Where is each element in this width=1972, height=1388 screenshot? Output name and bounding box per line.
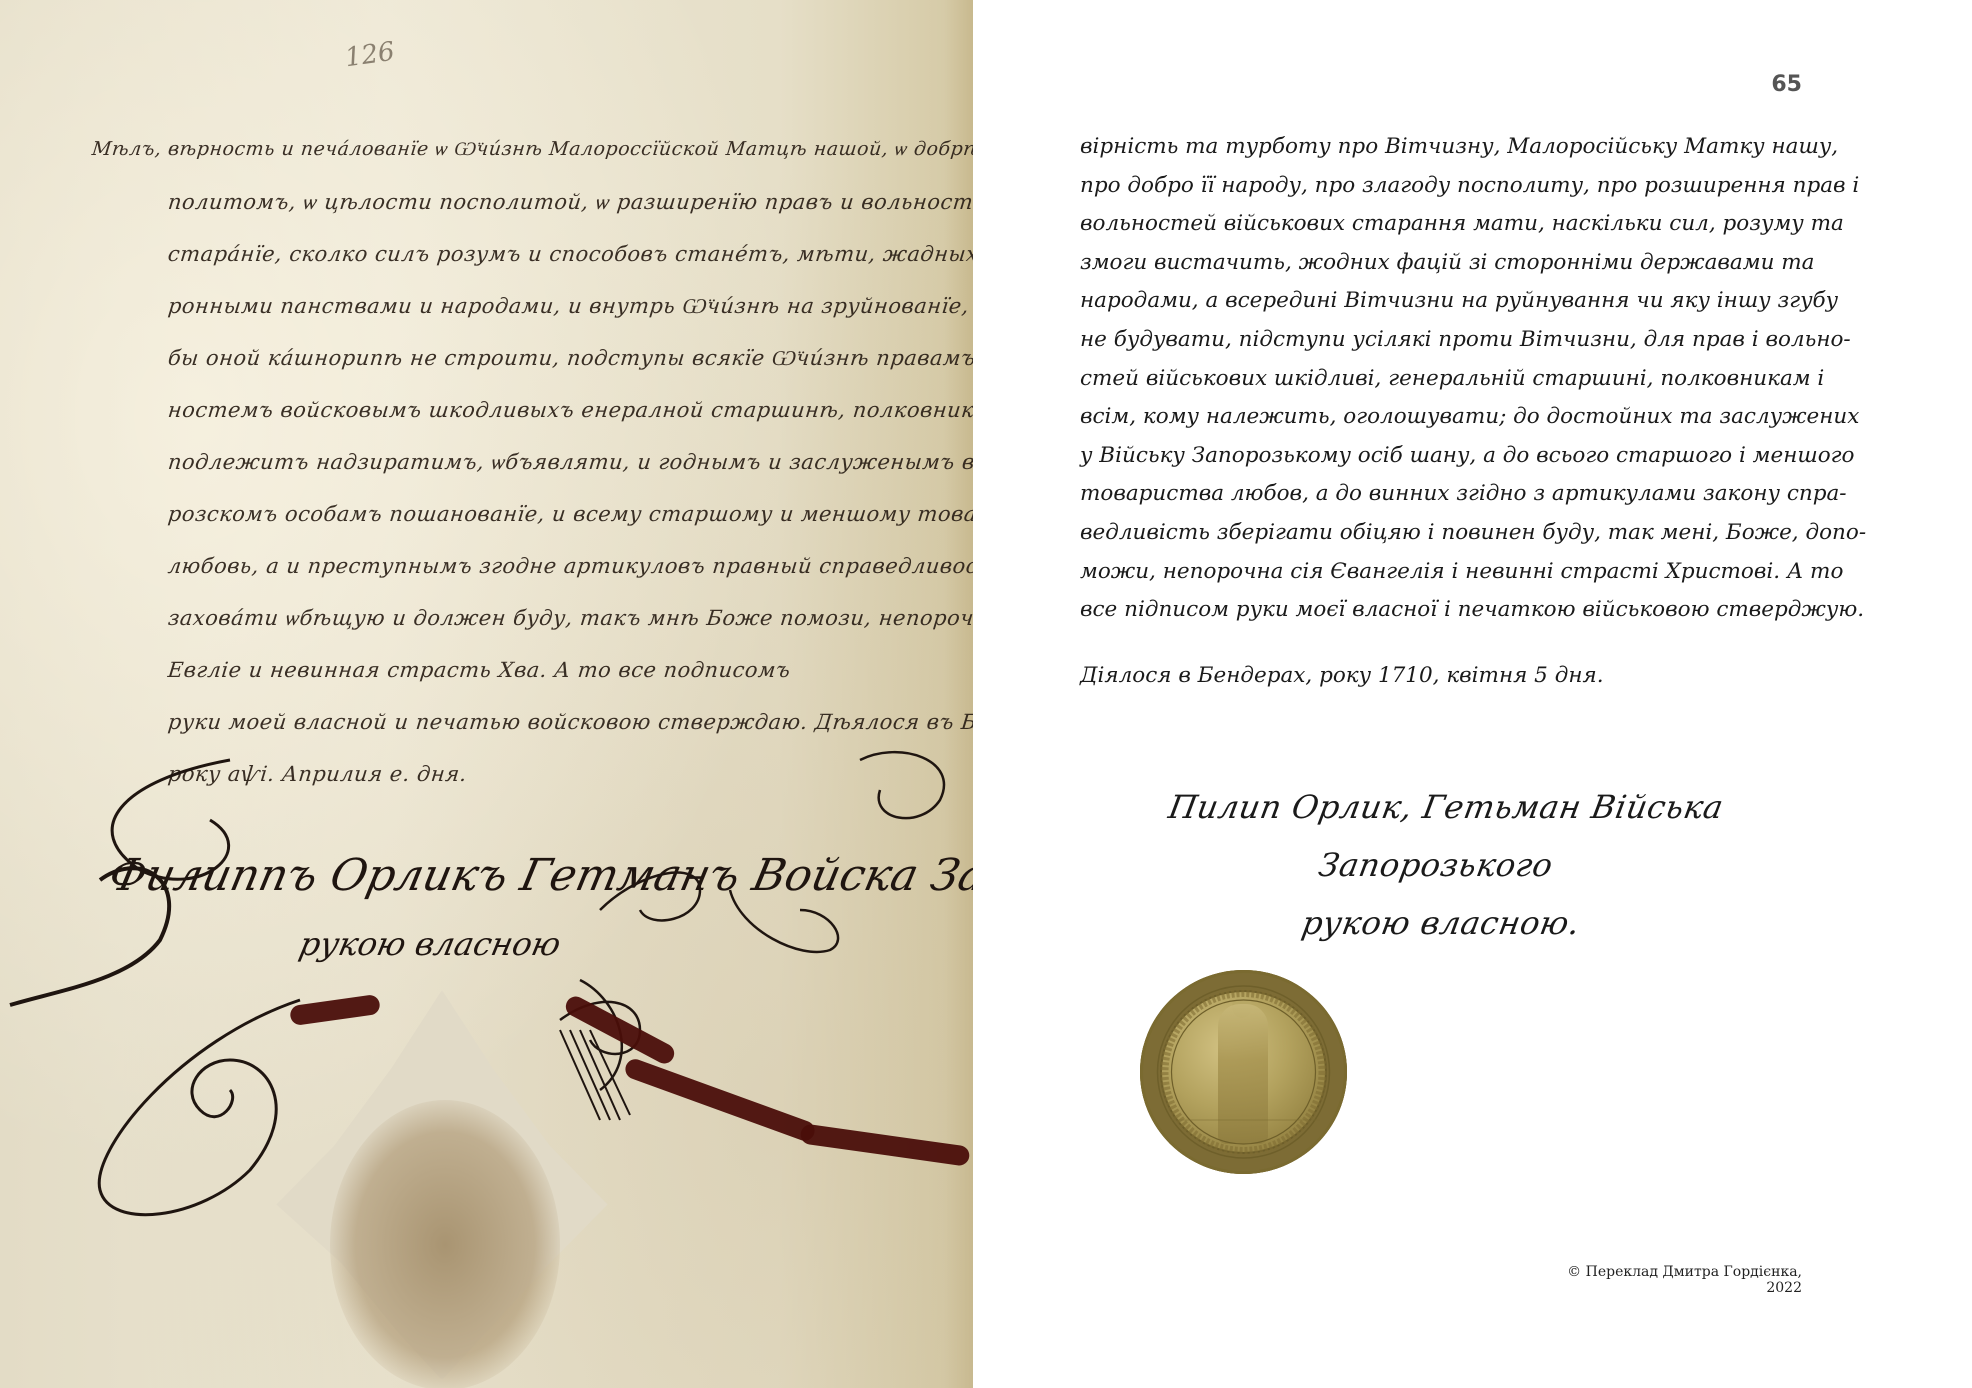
seal-legend-ring-icon — [1140, 970, 1347, 1174]
body-line: все підписом руки моєї власної і печатко… — [1080, 591, 1802, 630]
body-line: у Війську Запорозькому осіб шану, а до в… — [1080, 437, 1802, 476]
body-line: не будувати, підступи усілякі проти Вітч… — [1080, 321, 1802, 360]
page-number: 65 — [1760, 72, 1802, 97]
manuscript-scan: 126 Мѣлъ, вѣрность и печа́лованїе ѡ Ѡ̈чи… — [0, 0, 973, 1388]
copyright-notice: © Переклад Дмитра Гордієнка, 2022 — [1530, 1264, 1802, 1296]
seal-image — [1140, 970, 1347, 1174]
body-line: про добро її народу, про злагоду посполи… — [1080, 167, 1802, 206]
dated-line: Діялося в Бендерах, року 1710, квітня 5 … — [1080, 663, 1604, 688]
manuscript-signature-line2: рукою власною — [296, 925, 564, 963]
body-line: вірність та турботу про Вітчизну, Малоро… — [1080, 128, 1802, 167]
body-line: всім, кому належить, оголошувати; до дос… — [1080, 398, 1802, 437]
signature-line2: рукою власною. — [1065, 894, 1817, 952]
body-line: вольностей військових старання мати, нас… — [1080, 205, 1802, 244]
body-line: ведливість зберігати обіцяю і повинен бу… — [1080, 514, 1802, 553]
wax-seal-impression — [330, 1100, 560, 1388]
body-line: народами, а всередині Вітчизни на руйнув… — [1080, 282, 1802, 321]
body-line: товариства любов, а до винних згідно з а… — [1080, 475, 1802, 514]
body-line: стей військових шкідливі, генеральній ст… — [1080, 360, 1802, 399]
body-line: можи, непорочна сія Євангелія і невинні … — [1080, 553, 1802, 592]
translation-body: вірність та турботу про Вітчизну, Малоро… — [1080, 128, 1802, 630]
manuscript-signature-line1: Филиппъ Орликъ Гетманъ Войска Запорожско… — [105, 850, 973, 901]
signature-line1: Пилип Орлик, Гетьман Війська Запорозьког… — [1060, 778, 1822, 894]
body-line: змоги вистачить, жодних фацій зі сторонн… — [1080, 244, 1802, 283]
hetman-signature: Пилип Орлик, Гетьман Війська Запорозьког… — [1070, 778, 1812, 952]
